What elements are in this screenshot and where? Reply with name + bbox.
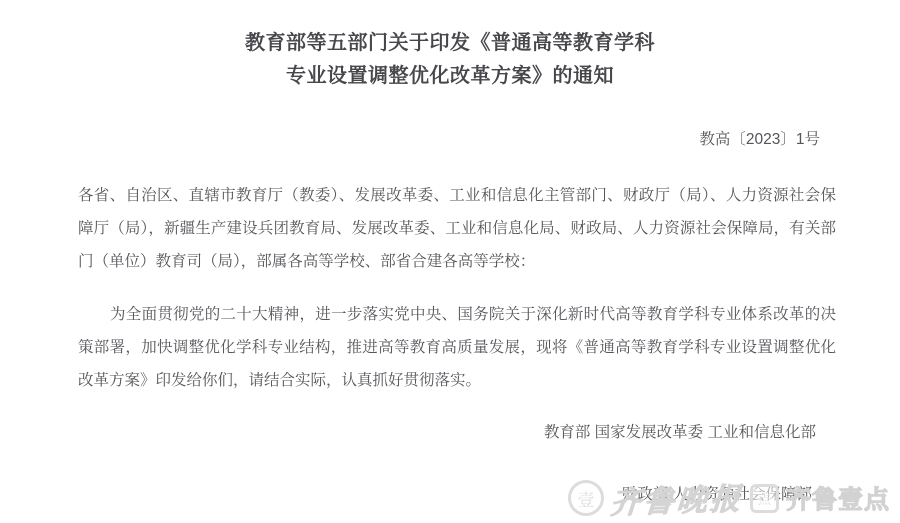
document-title-line-1: 教育部等五部门关于印发《普通高等教育学科 xyxy=(0,27,900,60)
salutation-paragraph: 各省、自治区、直辖市教育厅（教委）、发展改革委、工业和信息化主管部门、财政厅（局… xyxy=(78,179,836,278)
document-number: 教高〔2023〕1号 xyxy=(0,129,900,151)
body-paragraph: 为全面贯彻党的二十大精神，进一步落实党中央、国务院关于深化新时代高等教育学科专业… xyxy=(78,298,836,397)
document-title: 教育部等五部门关于印发《普通高等教育学科 专业设置调整优化改革方案》的通知 xyxy=(0,27,900,93)
document-title-line-2: 专业设置调整优化改革方案》的通知 xyxy=(0,60,900,93)
signature-line-2: 财政部 人力资源社会保障部 xyxy=(0,484,900,506)
signature-line-1: 教育部 国家发展改革委 工业和信息化部 xyxy=(0,422,900,444)
notice-document-page: 教育部等五部门关于印发《普通高等教育学科 专业设置调整优化改革方案》的通知 教高… xyxy=(0,0,900,523)
